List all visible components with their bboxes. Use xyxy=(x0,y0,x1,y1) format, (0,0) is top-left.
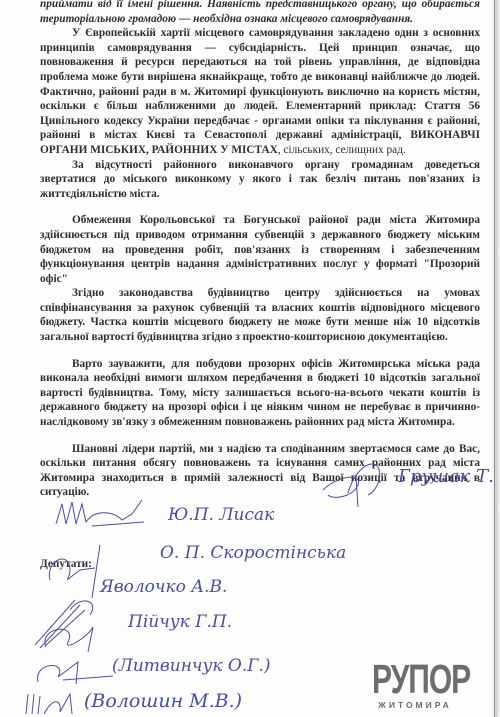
signature-scribble-6 xyxy=(22,688,92,717)
signature-scribble-5 xyxy=(28,652,118,692)
rupor-zhytomyra-logo: РУПОР ЖИТОМИРА xyxy=(372,662,458,710)
signature-scribble-3 xyxy=(30,580,110,650)
deputies-label: Депутати: xyxy=(40,558,92,570)
signature-name-4: Яволочко А.В. xyxy=(100,577,227,597)
signature-scribble-2 xyxy=(40,540,120,600)
paragraph-absence: За відсутності районного виконавчого орг… xyxy=(40,158,480,202)
document-body: приймати від її імені рішення. Наявність… xyxy=(40,0,480,500)
scanned-page: приймати від її імені рішення. Наявність… xyxy=(0,0,492,717)
paragraph-intro: приймати від її імені рішення. Наявність… xyxy=(40,0,480,26)
paragraph-charter-end: , сільських, селищних рад. xyxy=(278,144,406,156)
signature-name-3: О. П. Скоростінська xyxy=(160,543,346,563)
paragraph-charter: У Європейській хартії місцевого самовряд… xyxy=(40,26,480,157)
signature-scribble-1 xyxy=(52,494,152,534)
signature-name-6: (Литвинчук О.Г.) xyxy=(112,656,271,676)
signature-name-5: Пійчук Г.П. xyxy=(128,612,232,632)
paragraph-appeal: Шановні лідери партій, ми з надією та сп… xyxy=(40,442,480,500)
signature-name-2: Ю.П. Лисак xyxy=(168,505,274,525)
scan-edge-border xyxy=(492,0,500,717)
signature-name-7: (Волошин М.В.) xyxy=(84,690,242,712)
paragraph-charter-text: У Європейській хартії місцевого самовряд… xyxy=(40,27,480,141)
signature-scribble-4 xyxy=(38,617,108,657)
paragraph-transparent-offices: Варто зауважити, для побудови прозорих о… xyxy=(40,357,480,430)
paragraph-legislation: Згідно законодавства будівництво центру … xyxy=(40,286,480,344)
paragraph-restriction: Обмеження Корольовської та Богунської ра… xyxy=(40,213,480,286)
logo-title: РУПОР xyxy=(372,662,458,713)
